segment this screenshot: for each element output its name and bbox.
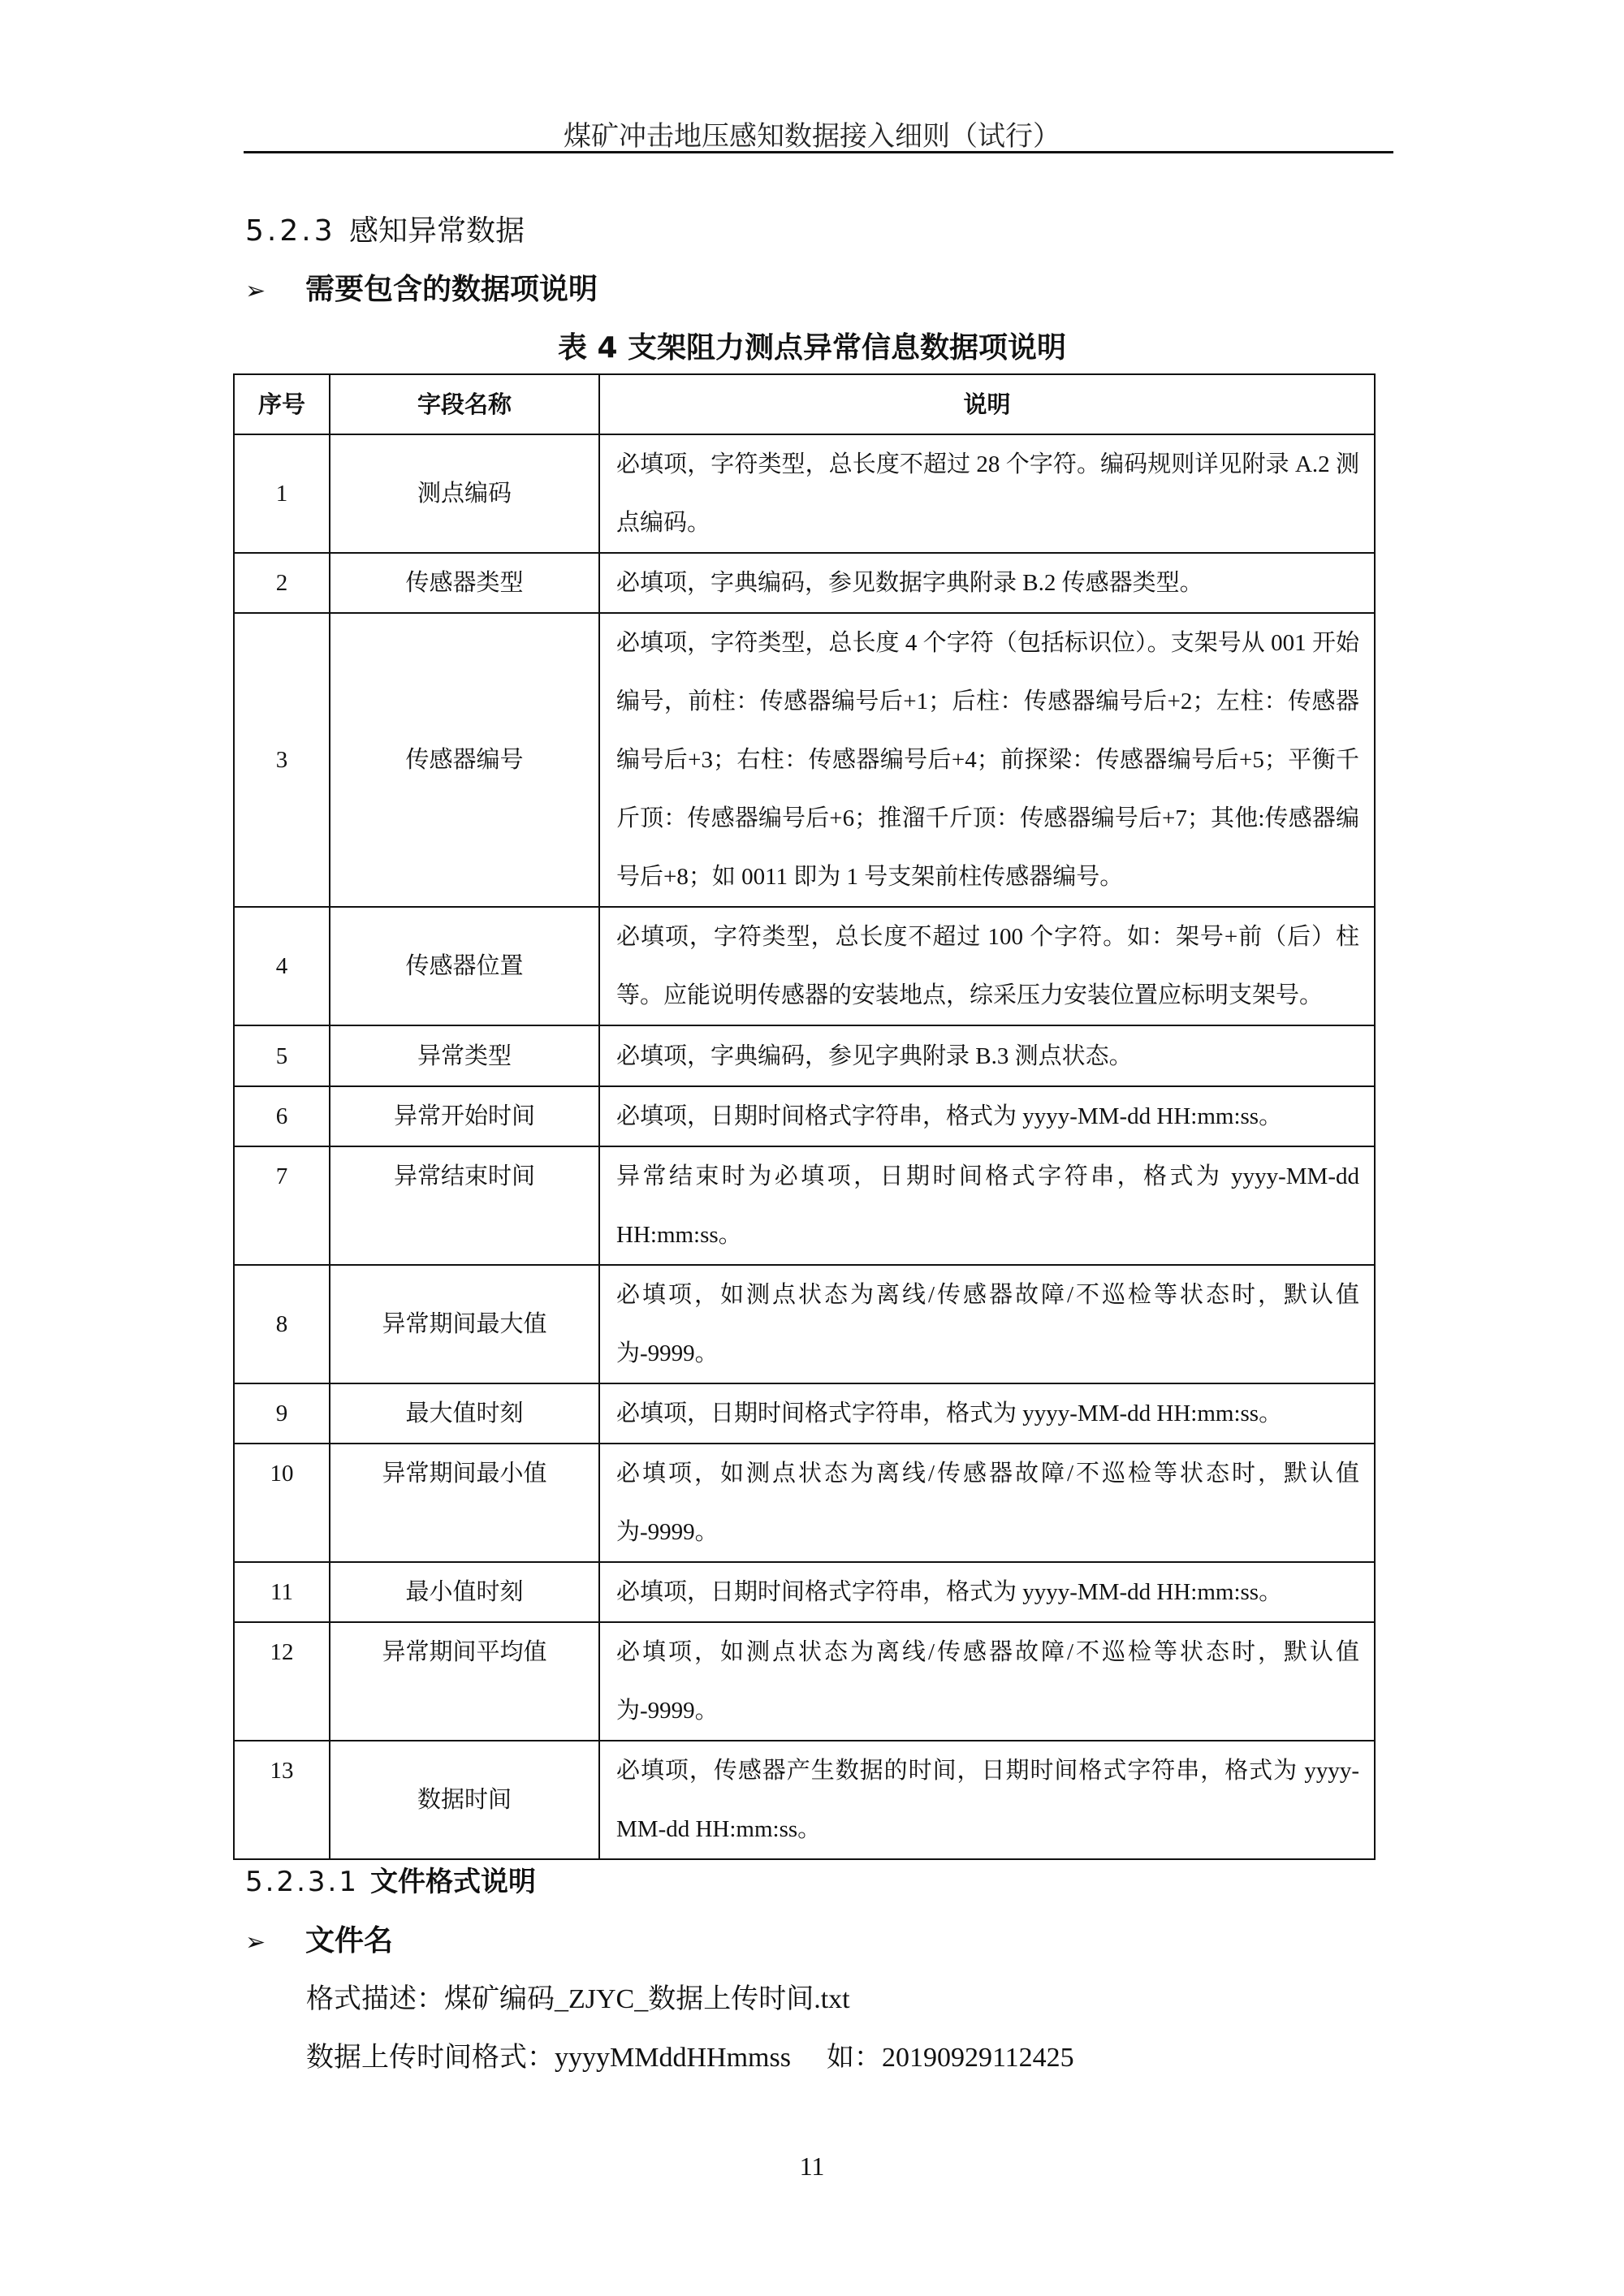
table-header-row: 序号 字段名称 说明 [234, 374, 1375, 434]
row-description: 必填项，字典编码，参见字典附录 B.3 测点状态。 [599, 1025, 1375, 1086]
row-number: 10 [234, 1444, 330, 1562]
file-name-heading-text: 文件名 [305, 1924, 393, 1957]
row-field-name: 异常期间平均值 [330, 1622, 599, 1741]
example-value: 20190929112425 [882, 2043, 1074, 2073]
table-row: 10 异常期间最小值 必填项，如测点状态为离线/传感器故障/不巡检等状态时，默认… [234, 1444, 1375, 1562]
row-description: 必填项，如测点状态为离线/传感器故障/不巡检等状态时，默认值为-9999。 [599, 1444, 1375, 1562]
format-description-value: 煤矿编码_ZJYC_数据上传时间.txt [444, 1984, 850, 2014]
row-field-name: 传感器编号 [330, 613, 599, 907]
row-field-name: 异常开始时间 [330, 1086, 599, 1146]
row-field-name: 传感器类型 [330, 553, 599, 613]
row-description: 必填项，字符类型，总长度不超过 28 个字符。编码规则详见附录 A.2 测点编码… [599, 434, 1375, 553]
row-field-name: 异常结束时间 [330, 1146, 599, 1265]
row-description: 必填项，日期时间格式字符串，格式为 yyyy-MM-dd HH:mm:ss。 [599, 1562, 1375, 1622]
row-number: 12 [234, 1622, 330, 1741]
row-field-name: 异常期间最大值 [330, 1265, 599, 1383]
row-number: 9 [234, 1383, 330, 1444]
row-number: 3 [234, 613, 330, 907]
row-field-name: 最小值时刻 [330, 1562, 599, 1622]
row-number: 6 [234, 1086, 330, 1146]
row-description: 必填项，字符类型，总长度 4 个字符（包括标识位）。支架号从 001 开始编号，… [599, 613, 1375, 907]
upload-time-format-value: yyyyMMddHHmmss [555, 2043, 791, 2073]
format-description-line: 格式描述：煤矿编码_ZJYC_数据上传时间.txt [306, 1976, 850, 2016]
row-description: 必填项，日期时间格式字符串，格式为 yyyy-MM-dd HH:mm:ss。 [599, 1086, 1375, 1146]
table-row: 3 传感器编号 必填项，字符类型，总长度 4 个字符（包括标识位）。支架号从 0… [234, 613, 1375, 907]
row-field-name: 传感器位置 [330, 907, 599, 1025]
table-row: 5 异常类型 必填项，字典编码，参见字典附录 B.3 测点状态。 [234, 1025, 1375, 1086]
row-field-name: 异常期间最小值 [330, 1444, 599, 1562]
subsection-title: 文件格式说明 [370, 1866, 536, 1898]
row-description: 异常结束时为必填项，日期时间格式字符串，格式为 yyyy-MM-dd HH:mm… [599, 1146, 1375, 1265]
column-header-field: 字段名称 [330, 374, 599, 434]
table-row: 11 最小值时刻 必填项，日期时间格式字符串，格式为 yyyy-MM-dd HH… [234, 1562, 1375, 1622]
file-name-heading: ➢文件名 [245, 1918, 393, 1959]
header-rule [244, 151, 1393, 153]
row-number: 13 [234, 1741, 330, 1859]
table-row: 8 异常期间最大值 必填项，如测点状态为离线/传感器故障/不巡检等状态时，默认值… [234, 1265, 1375, 1383]
row-number: 5 [234, 1025, 330, 1086]
table-row: 2 传感器类型 必填项，字典编码，参见数据字典附录 B.2 传感器类型。 [234, 553, 1375, 613]
table-row: 6 异常开始时间 必填项，日期时间格式字符串，格式为 yyyy-MM-dd HH… [234, 1086, 1375, 1146]
data-items-heading-text: 需要包含的数据项说明 [305, 273, 598, 306]
row-description: 必填项，字典编码，参见数据字典附录 B.2 传感器类型。 [599, 553, 1375, 613]
column-header-desc: 说明 [599, 374, 1375, 434]
page-number: 11 [0, 2151, 1624, 2182]
row-number: 2 [234, 553, 330, 613]
upload-time-format-label: 数据上传时间格式： [306, 2043, 555, 2073]
row-description: 必填项，字符类型，总长度不超过 100 个字符。如：架号+前（后）柱等。应能说明… [599, 907, 1375, 1025]
running-header: 煤矿冲击地压感知数据接入细则（试行） [0, 114, 1624, 153]
row-description: 必填项，如测点状态为离线/传感器故障/不巡检等状态时，默认值为-9999。 [599, 1265, 1375, 1383]
format-description-label: 格式描述： [306, 1984, 444, 2014]
section-title: 感知异常数据 [349, 214, 525, 248]
table-row: 7 异常结束时间 异常结束时为必填项，日期时间格式字符串，格式为 yyyy-MM… [234, 1146, 1375, 1265]
row-field-name: 数据时间 [330, 1741, 599, 1859]
table-row: 9 最大值时刻 必填项，日期时间格式字符串，格式为 yyyy-MM-dd HH:… [234, 1383, 1375, 1444]
table-row: 1 测点编码 必填项，字符类型，总长度不超过 28 个字符。编码规则详见附录 A… [234, 434, 1375, 553]
upload-time-format-line: 数据上传时间格式：yyyyMMddHHmmss如：20190929112425 [306, 2035, 1074, 2074]
row-field-name: 测点编码 [330, 434, 599, 553]
table-row: 13 数据时间 必填项，传感器产生数据的时间，日期时间格式字符串，格式为 yyy… [234, 1741, 1375, 1859]
table-row: 12 异常期间平均值 必填项，如测点状态为离线/传感器故障/不巡检等状态时，默认… [234, 1622, 1375, 1741]
table-row: 4 传感器位置 必填项，字符类型，总长度不超过 100 个字符。如：架号+前（后… [234, 907, 1375, 1025]
row-number: 4 [234, 907, 330, 1025]
row-number: 8 [234, 1265, 330, 1383]
row-description: 必填项，传感器产生数据的时间，日期时间格式字符串，格式为 yyyy-MM-dd … [599, 1741, 1375, 1859]
row-description: 必填项，如测点状态为离线/传感器故障/不巡检等状态时，默认值为-9999。 [599, 1622, 1375, 1741]
section-number: 5.2.3 [245, 214, 349, 248]
row-field-name: 异常类型 [330, 1025, 599, 1086]
subsection-number: 5.2.3.1 [245, 1866, 359, 1898]
row-field-name: 最大值时刻 [330, 1383, 599, 1444]
table-caption: 表 4 支架阻力测点异常信息数据项说明 [0, 325, 1624, 366]
data-items-table: 序号 字段名称 说明 1 测点编码 必填项，字符类型，总长度不超过 28 个字符… [233, 373, 1376, 1860]
example-label: 如： [827, 2043, 882, 2073]
arrow-bullet-icon: ➢ [245, 1928, 305, 1957]
subsection-heading: 5.2.3.1文件格式说明 [245, 1859, 536, 1899]
row-number: 7 [234, 1146, 330, 1265]
data-items-heading: ➢需要包含的数据项说明 [245, 266, 598, 308]
section-heading: 5.2.3感知异常数据 [245, 208, 525, 249]
row-number: 1 [234, 434, 330, 553]
arrow-bullet-icon: ➢ [245, 277, 305, 305]
column-header-no: 序号 [234, 374, 330, 434]
row-number: 11 [234, 1562, 330, 1622]
row-description: 必填项，日期时间格式字符串，格式为 yyyy-MM-dd HH:mm:ss。 [599, 1383, 1375, 1444]
